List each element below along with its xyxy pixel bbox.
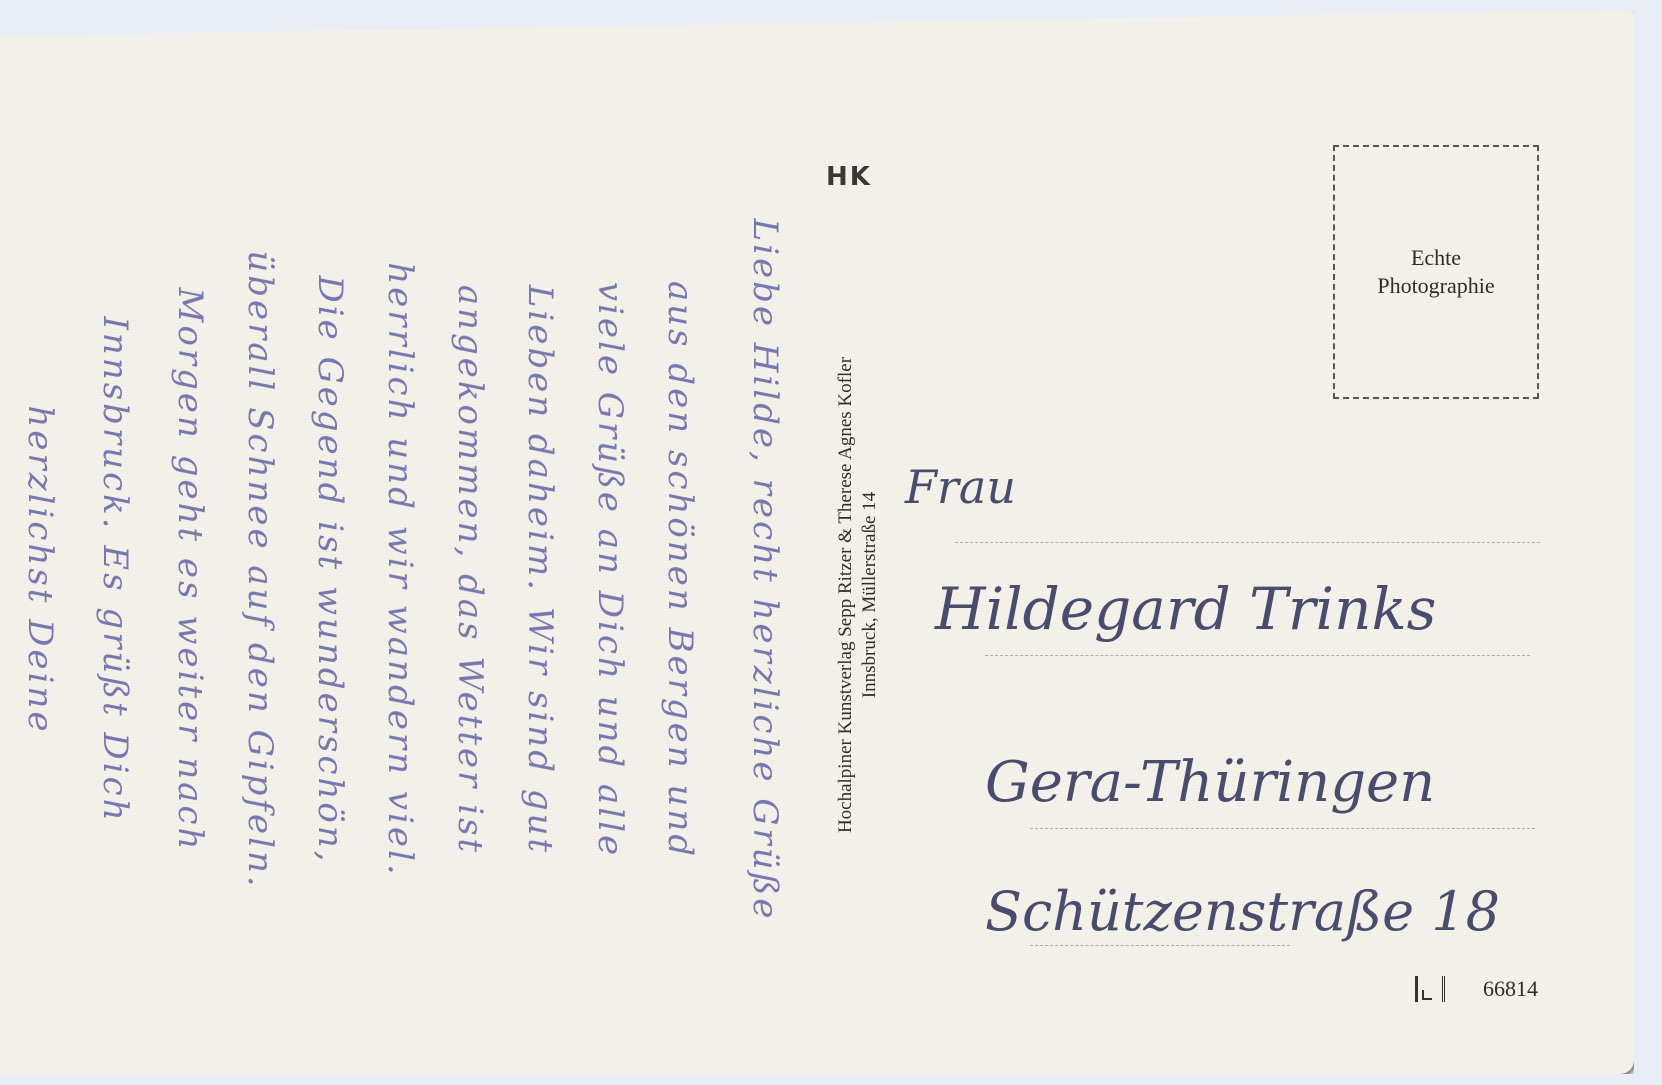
address-rule <box>1030 828 1535 829</box>
message-line: Lieben daheim. Wir sind gut <box>520 80 560 1060</box>
stamp-box-line1: Echte <box>1411 244 1461 272</box>
message-line: herrlich und wir wandern viel. <box>380 80 420 1060</box>
address-street: Schützenstraße 18 <box>985 880 1500 943</box>
address-name: Hildegard Trinks <box>935 575 1436 643</box>
message-line: angekommen, das Wetter ist <box>450 80 490 1060</box>
message-line: herzlichst Deine <box>20 80 60 1060</box>
message-line: viele Grüße an Dich und alle <box>590 80 630 1060</box>
publisher-name: Hochalpiner Kunstverlag Sepp Ritzer & Th… <box>834 357 858 833</box>
publisher-logo-icon <box>1415 976 1445 1002</box>
catalog-number: 66814 <box>1483 976 1538 1002</box>
stamp-box: Echte Photographie <box>1333 145 1539 399</box>
handwritten-message: herzlichst Deine Innsbruck. Es grüßt Dic… <box>0 40 840 1070</box>
message-line: aus den schönen Bergen und <box>660 80 700 1060</box>
address-rule <box>1030 945 1290 946</box>
publisher-imprint: Hochalpiner Kunstverlag Sepp Ritzer & Th… <box>828 160 888 1030</box>
message-line: Morgen geht es weiter nach <box>170 80 210 1060</box>
message-line: Liebe Hilde, recht herzliche Grüße <box>745 80 785 1060</box>
message-line: Die Gegend ist wunderschön, <box>310 80 350 1060</box>
address-rule <box>985 655 1530 656</box>
publisher-address: Innsbruck, Müllerstraße 14 <box>858 357 882 833</box>
stamp-box-line2: Photographie <box>1377 272 1494 300</box>
message-line: Innsbruck. Es grüßt Dich <box>95 80 135 1060</box>
address-salutation: Frau <box>905 460 1016 514</box>
catalog-code: 66814 <box>1415 976 1538 1002</box>
message-line: überall Schnee auf den Gipfeln. <box>240 80 280 1060</box>
postcard-back: herzlichst Deine Innsbruck. Es grüßt Dic… <box>0 10 1634 1074</box>
address-city: Gera-Thüringen <box>985 750 1435 815</box>
address-rule <box>955 542 1540 543</box>
